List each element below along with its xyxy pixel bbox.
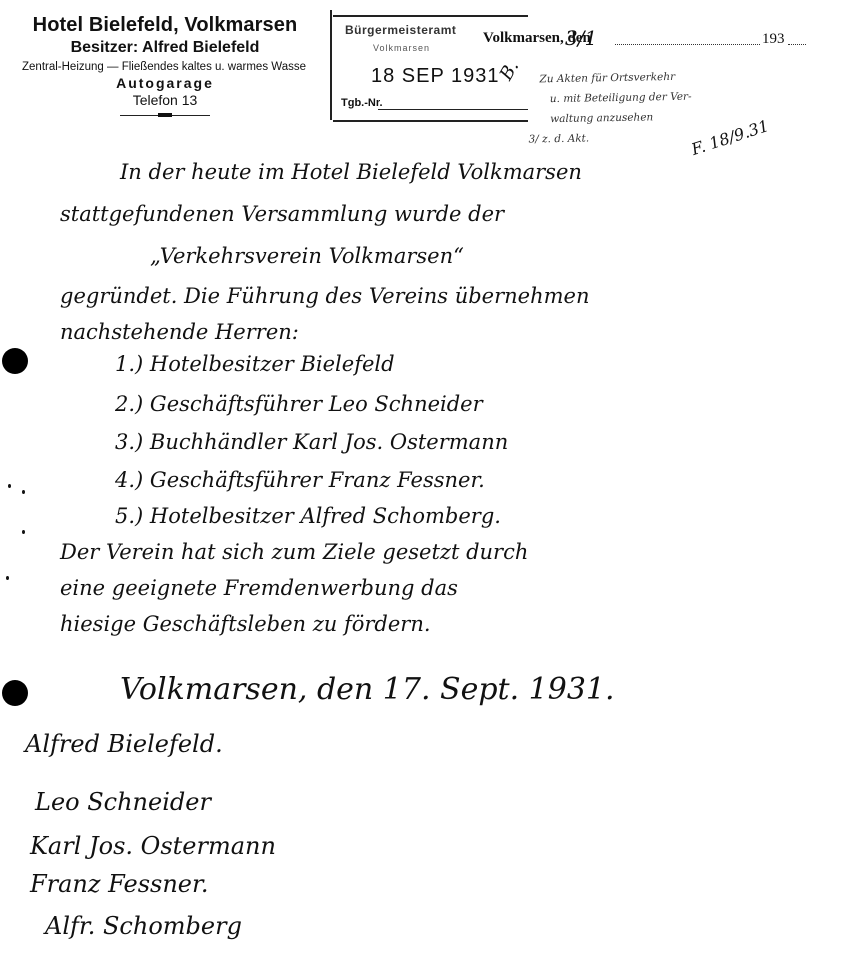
member-text: Hotelbesitzer Alfred Schomberg. <box>150 504 501 528</box>
speck <box>22 490 25 494</box>
member-item: 3.) Buchhändler Karl Jos. Ostermann <box>115 430 508 454</box>
annotation-line: 3/ z. d. Akt. <box>528 127 692 150</box>
features-line: Zentral-Heizung — Fließendes kaltes u. w… <box>0 61 328 73</box>
letterhead-divider <box>330 10 332 120</box>
annotation-line: u. mit Beteiligung der Ver- <box>540 87 692 110</box>
dateline-handwritten-day: 3/1 <box>565 26 597 50</box>
stamp-town: Volkmarsen <box>373 43 430 53</box>
stamp-journal-line <box>378 109 528 110</box>
annotation-line: waltung anzusehen <box>540 107 692 130</box>
phone-line: Telefon 13 <box>0 92 330 108</box>
stamp-journal-label: Tgb.-Nr. <box>341 97 383 109</box>
garage-line: Autogarage <box>0 75 330 91</box>
member-number: 4.) <box>115 468 143 492</box>
signature: Alfr. Schomberg <box>45 912 242 940</box>
punch-hole-icon <box>2 680 28 706</box>
margin-annotation: Zu Akten für Ortsverkehr u. mit Beteilig… <box>539 67 692 150</box>
hotel-name: Hotel Bielefeld, Volkmarsen <box>0 14 330 37</box>
member-text: Geschäftsführer Franz Fessner. <box>150 468 485 492</box>
stamp-office: Bürgermeisteramt <box>345 23 456 37</box>
body-line: hiesige Geschäftsleben zu fördern. <box>60 612 431 636</box>
signature: Franz Fessner. <box>30 870 208 898</box>
body-line: gegründet. Die Führung des Vereins übern… <box>60 284 589 308</box>
speck <box>8 484 11 488</box>
body-line: In der heute im Hotel Bielefeld Volkmars… <box>120 160 582 184</box>
punch-hole-icon <box>2 348 28 374</box>
dateline-year: 193 <box>762 31 785 48</box>
member-item: 4.) Geschäftsführer Franz Fessner. <box>115 468 485 492</box>
member-number: 3.) <box>115 430 143 454</box>
signature: Leo Schneider <box>35 788 211 816</box>
member-number: 5.) <box>115 504 143 528</box>
member-item: 2.) Geschäftsführer Leo Schneider <box>115 392 483 416</box>
member-text: Buchhändler Karl Jos. Ostermann <box>150 430 508 454</box>
letterhead: Hotel Bielefeld, Volkmarsen Besitzer: Al… <box>0 0 330 118</box>
place-and-date: Volkmarsen, den 17. Sept. 1931. <box>120 672 615 707</box>
member-text: Geschäftsführer Leo Schneider <box>150 392 483 416</box>
annotation-line: Zu Akten für Ortsverkehr <box>539 67 691 90</box>
speck <box>6 576 9 580</box>
speck <box>22 530 25 534</box>
member-number: 2.) <box>115 392 143 416</box>
signature: Karl Jos. Ostermann <box>30 832 276 860</box>
annotation-reference: F. 18/9.31 <box>689 116 771 159</box>
owner-line: Besitzer: Alfred Bielefeld <box>0 39 330 57</box>
body-line: „Verkehrsverein Volkmarsen“ <box>150 244 464 268</box>
ornament-divider-icon <box>120 112 210 118</box>
body-line: eine geeignete Fremdenwerbung das <box>60 576 458 600</box>
body-line: Der Verein hat sich zum Ziele gesetzt du… <box>60 540 528 564</box>
member-number: 1.) <box>115 352 143 376</box>
dateline-year-dots <box>788 44 806 45</box>
stamp-date: 18 SEP 1931 <box>371 65 500 88</box>
member-item: 1.) Hotelbesitzer Bielefeld <box>115 352 395 376</box>
member-item: 5.) Hotelbesitzer Alfred Schomberg. <box>115 504 501 528</box>
member-text: Hotelbesitzer Bielefeld <box>150 352 395 376</box>
body-line: stattgefundenen Versammlung wurde der <box>60 202 504 226</box>
body-line: nachstehende Herren: <box>60 320 299 344</box>
dateline-dotted-rule <box>615 44 760 45</box>
signature: Alfred Bielefeld. <box>25 730 223 758</box>
